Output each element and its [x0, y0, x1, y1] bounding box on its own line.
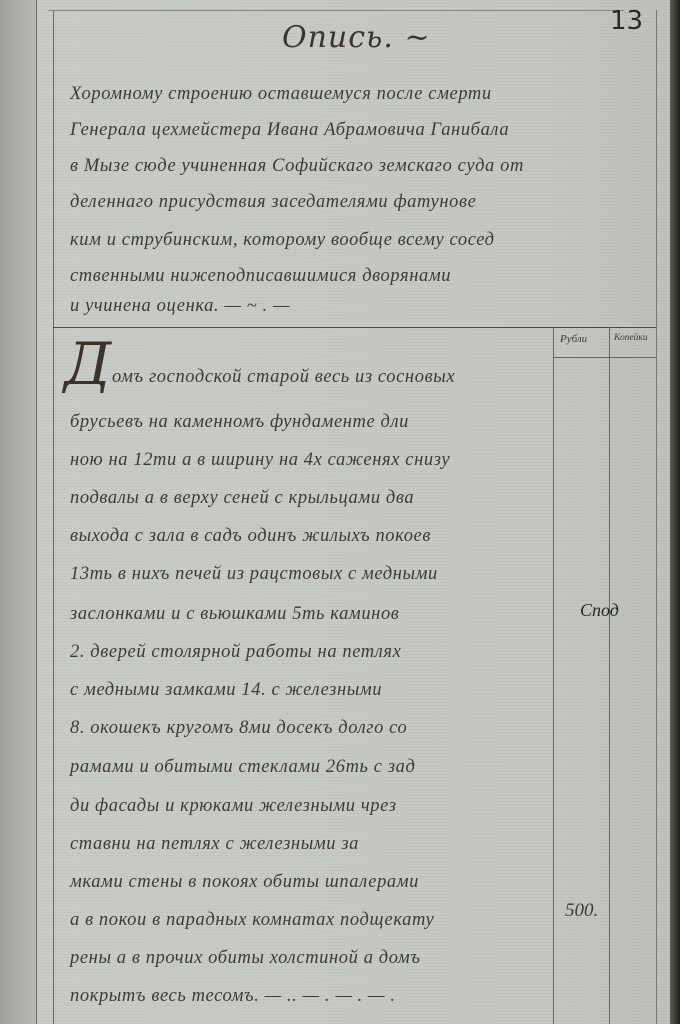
- column-header-kopecks: Копейки: [614, 333, 648, 343]
- gutter-ruled-line: [53, 10, 54, 1024]
- dropcap-letter: Д: [64, 330, 111, 398]
- margin-annotation: Спод: [580, 600, 619, 621]
- preamble-line: Генерала цехмейстера Ивана Абрамовича Га…: [70, 120, 509, 141]
- document-title: Опись. ~: [282, 20, 431, 55]
- entry-line: 8. окошекъ кругомъ 8ми досекъ долго со: [70, 718, 407, 739]
- preamble-line: и учинена оценка. — ~ . —: [70, 296, 290, 317]
- entry-line: рены а в прочих обиты холстиной а домъ: [70, 948, 421, 969]
- preamble-line: ким и струбинским, которому вообще всему…: [70, 230, 495, 251]
- entry-line: а в покои в парадных комнатах подщекату: [70, 910, 434, 931]
- preamble-line: Хоромному строению оставшемуся после сме…: [70, 84, 492, 105]
- entry-line: подвалы а в верху сеней с крыльцами два: [70, 488, 414, 509]
- entry-line: заслонками и с вьюшками 5ть каминов: [70, 604, 399, 625]
- entry-line: ною на 12ти а в ширину на 4х саженях сни…: [70, 450, 450, 471]
- rubles-value: 500.: [565, 900, 598, 922]
- page-edge-shadow: [670, 0, 680, 1024]
- table-top-rule: [53, 327, 656, 328]
- column-divider-kopecks: [609, 327, 610, 1024]
- kopecks-header-rule: [609, 357, 656, 358]
- top-ruled-line: [48, 10, 624, 11]
- manuscript-page: 13 Опись. ~ Хоромному строению оставшему…: [0, 0, 680, 1024]
- preamble-line: ственными нижеподписавшимися дворянами: [70, 266, 451, 287]
- entry-line: 2. дверей столярной работы на петлях: [70, 642, 401, 663]
- right-margin-line: [656, 10, 657, 1024]
- left-facing-leaf: [0, 0, 37, 1024]
- preamble-line: в Мызе сюде учиненная Софийскаго земскаг…: [70, 156, 524, 177]
- entry-line: брусьевъ на каменномъ фундаменте дли: [70, 412, 409, 433]
- entry-line: ставни на петлях с железными за: [70, 834, 359, 855]
- entry-line: 13ть в нихъ печей из рацстовых с медными: [70, 564, 438, 585]
- entry-line: мками стены в покоях обиты шпалерами: [70, 872, 419, 893]
- folio-number: 13: [610, 6, 643, 36]
- entry-line: выхода с зала в садъ одинъ жилыхъ покоев: [70, 526, 431, 547]
- entry-line: ди фасады и крюками железными чрез: [70, 796, 397, 817]
- entry-line: покрытъ весь тесомъ. — .. — . — . — .: [70, 986, 396, 1007]
- column-header-rubles: Рубли: [560, 333, 587, 345]
- entry-line: омъ господской старой весь из сосновых: [112, 367, 455, 388]
- entry-line: с медными замками 14. с железными: [70, 680, 382, 701]
- entry-line: рамами и обитыми стеклами 26ть с зад: [70, 757, 415, 778]
- rubles-header-rule: [553, 357, 609, 358]
- preamble-line: деленнаго присудствия заседателями фатун…: [70, 192, 476, 213]
- column-divider-rubles: [553, 327, 554, 1024]
